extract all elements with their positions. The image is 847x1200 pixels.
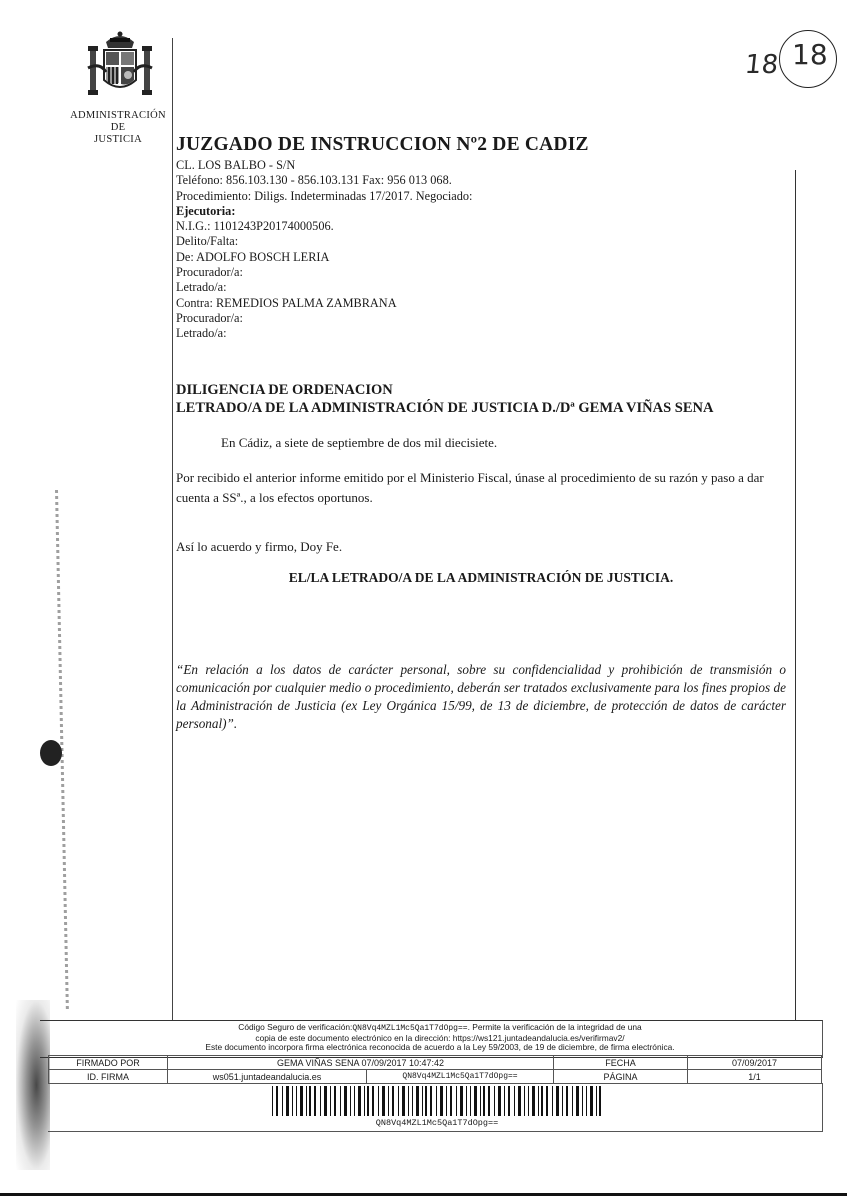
verification-line-3: Este documento incorpora firma electróni… — [160, 1043, 720, 1053]
date-label: FECHA — [554, 1056, 688, 1070]
agency-line-3: JUSTICIA — [58, 134, 178, 146]
page-frame-left — [172, 38, 173, 1020]
verification-suffix: . Permite la verificación de la integrid… — [468, 1022, 642, 1032]
procedure: Procedimiento: Diligs. Indeterminadas 17… — [176, 189, 472, 204]
signed-by-row: FIRMADO POR GEMA VIÑAS SENA 07/09/2017 1… — [49, 1056, 822, 1070]
coat-of-arms-icon — [80, 28, 160, 108]
ejecutoria-label: Ejecutoria: — [176, 204, 472, 219]
signature-table: FIRMADO POR GEMA VIÑAS SENA 07/09/2017 1… — [48, 1055, 822, 1084]
barcode-icon — [272, 1086, 602, 1116]
court-name: JUZGADO DE INSTRUCCION Nº2 DE CADIZ — [176, 134, 589, 156]
handwritten-folio-number: 18 — [743, 50, 779, 80]
scan-bottom-edge — [0, 1193, 847, 1196]
verification-text: Código Seguro de verificación:QN8Vq4MZL1… — [160, 1023, 720, 1053]
page-frame-right — [795, 170, 796, 1020]
body-paragraph: Por recibido el anterior informe emitido… — [176, 468, 786, 508]
barcode-text: QN8Vq4MZL1Mc5Qa1T7dOpg== — [272, 1118, 602, 1128]
agency-name: ADMINISTRACIÓN DE JUSTICIA — [58, 110, 178, 146]
id-label: ID. FIRMA — [49, 1070, 168, 1084]
agency-line-2: DE — [58, 122, 178, 134]
signed-by-value: GEMA VIÑAS SENA 07/09/2017 10:47:42 — [168, 1056, 554, 1070]
verification-prefix: Código Seguro de verificación: — [238, 1022, 352, 1032]
closing-line: Así lo acuerdo y firmo, Doy Fe. — [176, 539, 342, 555]
defendant: Contra: REMEDIOS PALMA ZAMBRANA — [176, 296, 472, 311]
defendant-procurador: Procurador/a: — [176, 311, 472, 326]
id-value: ws051.juntadeandalucia.es — [168, 1070, 367, 1084]
defendant-letrado: Letrado/a: — [176, 326, 472, 341]
id-code: QN8Vq4MZL1Mc5Qa1T7dOpg== — [367, 1070, 554, 1084]
document-title: DILIGENCIA DE ORDENACION LETRADO/A DE LA… — [176, 381, 713, 417]
page-label: PÁGINA — [554, 1070, 688, 1084]
nig: N.I.G.: 1101243P20174000506. — [176, 219, 472, 234]
phone-fax: Teléfono: 856.103.130 - 856.103.131 Fax:… — [176, 173, 472, 188]
privacy-notice: “En relación a los datos de carácter per… — [176, 661, 786, 733]
agency-line-1: ADMINISTRACIÓN — [58, 110, 178, 122]
circled-folio-number: 18 — [792, 38, 828, 71]
signed-by-label: FIRMADO POR — [49, 1056, 168, 1070]
title-line-2: LETRADO/A DE LA ADMINISTRACIÓN DE JUSTIC… — [176, 399, 713, 417]
date-line: En Cádiz, a siete de septiembre de dos m… — [221, 435, 497, 451]
plaintiff-letrado: Letrado/a: — [176, 280, 472, 295]
address: CL. LOS BALBO - S/N — [176, 158, 472, 173]
signature-id-row: ID. FIRMA ws051.juntadeandalucia.es QN8V… — [49, 1070, 822, 1084]
plaintiff: De: ADOLFO BOSCH LERIA — [176, 250, 472, 265]
plaintiff-procurador: Procurador/a: — [176, 265, 472, 280]
title-line-1: DILIGENCIA DE ORDENACION — [176, 381, 713, 399]
verification-code: QN8Vq4MZL1Mc5Qa1T7dOpg== — [352, 1024, 467, 1033]
verification-line-1: Código Seguro de verificación:QN8Vq4MZL1… — [160, 1023, 720, 1034]
scan-hole-punch-artifact — [40, 740, 62, 766]
offense-label: Delito/Falta: — [176, 234, 472, 249]
signature-title: EL/LA LETRADO/A DE LA ADMINISTRACIÓN DE … — [176, 570, 786, 586]
date-value: 07/09/2017 — [688, 1056, 822, 1070]
case-header: CL. LOS BALBO - S/N Teléfono: 856.103.13… — [176, 158, 472, 342]
page-value: 1/1 — [688, 1070, 822, 1084]
